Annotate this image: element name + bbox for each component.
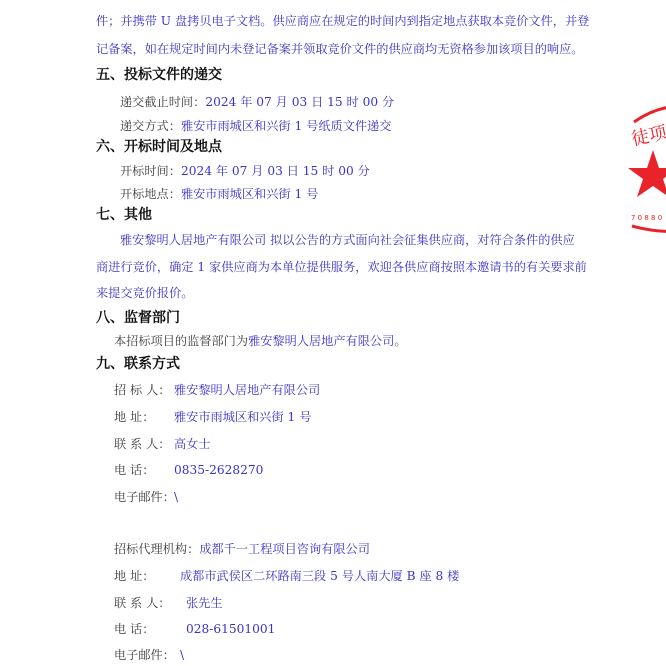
- submission-method-label: 递交方式：: [120, 119, 181, 133]
- section-9-title: 九、联系方式: [96, 355, 180, 373]
- other-para-line-3: 来提交竞价报价。: [96, 285, 194, 301]
- svg-text:7 0 8 8 0: 7 0 8 8 0: [631, 214, 662, 222]
- opening-place-value: 雅安市雨城区和兴街 1 号: [181, 187, 318, 201]
- agency-name-label: 招标代理机构：: [114, 542, 199, 556]
- agency-email-row: 电子邮件：\: [114, 647, 184, 663]
- agency-phone-row: 电 话：028-61501001: [114, 621, 275, 637]
- opening-place-label: 开标地点：: [120, 187, 181, 201]
- supervision-text: 本招标项目的监督部门为雅安黎明人居地产有限公司。: [114, 333, 407, 349]
- tenderer-address-row: 地 址：雅安市雨城区和兴街 1 号: [114, 409, 311, 425]
- tenderer-email-value: \: [174, 490, 178, 504]
- tenderer-contact-row: 联 系 人：高女士: [114, 436, 211, 452]
- submission-method-value: 雅安市雨城区和兴街 1 号纸质文件递交: [181, 119, 392, 133]
- agency-address-row: 地 址：成都市武侯区二环路南三段 5 号人南大厦 B 座 8 楼: [114, 568, 459, 584]
- section-7-title: 七、其他: [96, 206, 152, 224]
- seal-icon: 徒项目 7 0 8 8 0: [628, 100, 666, 235]
- tenderer-email-label: 电子邮件：: [114, 489, 174, 505]
- supervision-prefix: 本招标项目的监督部门为: [114, 334, 248, 348]
- tenderer-address-label: 地 址：: [114, 409, 174, 425]
- other-para-line-2: 商进行竞价，确定 1 家供应商为本单位提供服务，欢迎各供应商按照本邀请书的有关要…: [96, 259, 587, 275]
- agency-contact-value: 张先生: [186, 596, 223, 610]
- agency-contact-label: 联 系 人：: [114, 595, 186, 611]
- agency-address-label: 地 址：: [114, 568, 180, 584]
- intro-line-1: 件；并携带 U 盘拷贝电子文档。供应商应在规定的时间内到指定地点获取本竞价文件，…: [96, 13, 589, 29]
- opening-time-label: 开标时间：: [120, 164, 181, 178]
- tenderer-phone-row: 电 话：0835-2628270: [114, 462, 263, 478]
- agency-address-value: 成都市武侯区二环路南三段 5 号人南大厦 B 座 8 楼: [180, 569, 459, 583]
- tenderer-contact-value: 高女士: [174, 437, 211, 451]
- supervision-suffix: 。: [394, 334, 406, 348]
- submission-deadline-row: 递交截止时间：2024 年 07 月 03 日 15 时 00 分: [120, 94, 394, 110]
- tenderer-email-row: 电子邮件：\: [114, 489, 178, 505]
- agency-name-row: 招标代理机构：成都千一工程项目咨询有限公司: [114, 541, 370, 557]
- supervision-dept: 雅安黎明人居地产有限公司: [248, 334, 394, 348]
- official-seal-stamp: 徒项目 7 0 8 8 0: [628, 100, 666, 235]
- other-para-line-1: 雅安黎明人居地产有限公司 拟以公告的方式面向社会征集供应商，对符合条件的供应: [120, 232, 575, 248]
- tenderer-name-row: 招 标 人：雅安黎明人居地产有限公司: [114, 382, 320, 398]
- tenderer-name-label: 招 标 人：: [114, 382, 174, 398]
- agency-phone-value: 028-61501001: [186, 622, 275, 636]
- tenderer-phone-label: 电 话：: [114, 462, 174, 478]
- submission-deadline-value: 2024 年 07 月 03 日 15 时 00 分: [205, 95, 394, 109]
- submission-deadline-label: 递交截止时间：: [120, 95, 205, 109]
- opening-time-row: 开标时间：2024 年 07 月 03 日 15 时 00 分: [120, 163, 370, 179]
- section-6-title: 六、开标时间及地点: [96, 138, 222, 156]
- agency-name-value: 成都千一工程项目咨询有限公司: [199, 542, 370, 556]
- document-page: 件；并携带 U 盘拷贝电子文档。供应商应在规定的时间内到指定地点获取本竞价文件，…: [0, 0, 666, 666]
- opening-time-value: 2024 年 07 月 03 日 15 时 00 分: [181, 164, 370, 178]
- submission-method-row: 递交方式：雅安市雨城区和兴街 1 号纸质文件递交: [120, 118, 391, 134]
- agency-contact-row: 联 系 人：张先生: [114, 595, 223, 611]
- tenderer-address-value: 雅安市雨城区和兴街 1 号: [174, 410, 311, 424]
- intro-line-2: 记备案，如在规定时间内未登记备案并领取竞价文件的供应商均无资格参加该项目的响应。: [96, 41, 584, 57]
- agency-email-label: 电子邮件：: [114, 647, 180, 663]
- tenderer-contact-label: 联 系 人：: [114, 436, 174, 452]
- section-8-title: 八、监督部门: [96, 309, 180, 327]
- agency-phone-label: 电 话：: [114, 621, 186, 637]
- opening-place-row: 开标地点：雅安市雨城区和兴街 1 号: [120, 186, 318, 202]
- tenderer-name-value: 雅安黎明人居地产有限公司: [174, 383, 320, 397]
- agency-email-value: \: [180, 648, 184, 662]
- tenderer-phone-value: 0835-2628270: [174, 463, 263, 477]
- section-5-title: 五、投标文件的递交: [96, 66, 222, 84]
